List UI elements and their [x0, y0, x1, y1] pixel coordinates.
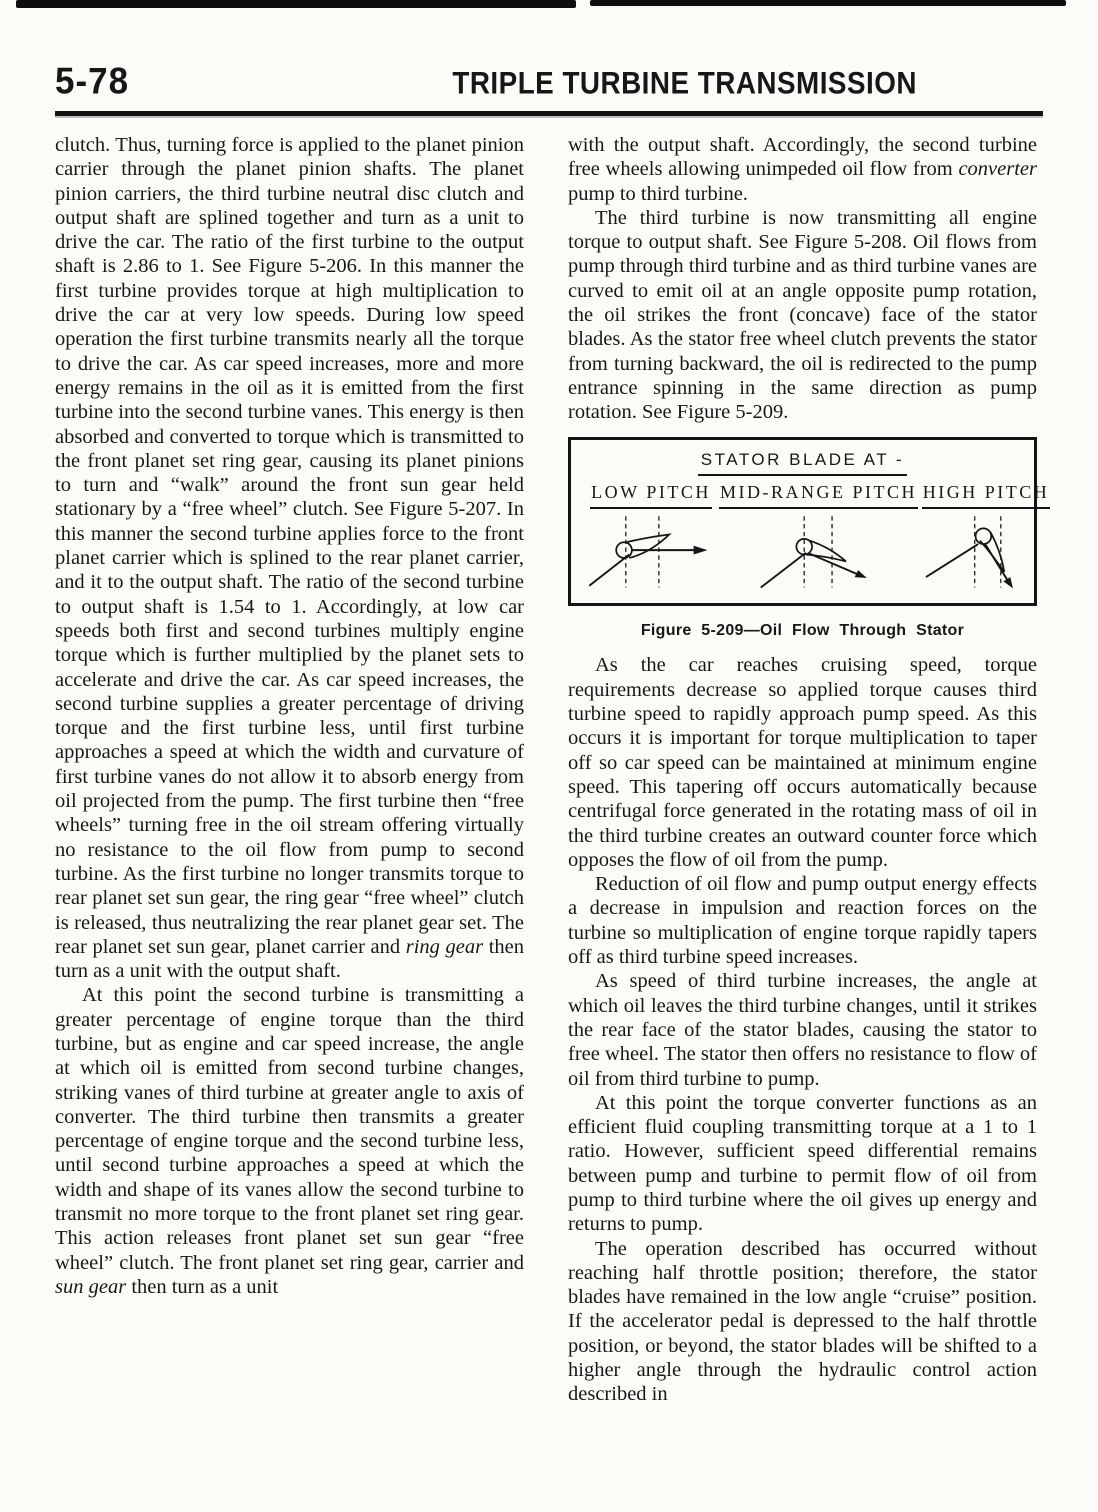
paragraph: The operation described has occurred wit… [568, 1237, 1037, 1407]
paragraph: clutch. Thus, turning force is applied t… [55, 133, 524, 983]
left-column: clutch. Thus, turning force is applied t… [55, 133, 524, 1407]
two-column-body: clutch. Thus, turning force is applied t… [0, 116, 1098, 1407]
paragraph: As the car reaches cruising speed, torqu… [568, 653, 1037, 872]
paragraph: As speed of third turbine increases, the… [568, 969, 1037, 1090]
figure-caption: Figure 5-209—Oil Flow Through Stator [568, 619, 1037, 643]
paragraph: with the output shaft. Accordingly, the … [568, 133, 1037, 206]
scan-artifact [16, 0, 576, 8]
high-pitch-blade-diagram [918, 511, 1054, 591]
figure-5-209: STATOR BLADE AT - LOW PITCH [568, 437, 1037, 644]
figure-box-title-row: STATOR BLADE AT - [577, 447, 1028, 476]
high-pitch-column: HIGH PITCH [918, 480, 1054, 591]
scan-artifact [590, 0, 1066, 6]
page-header: 5-78 TRIPLE TURBINE TRANSMISSION [0, 0, 1098, 102]
right-column-top-text: with the output shaft. Accordingly, the … [568, 133, 1037, 425]
page-number: 5-78 [55, 61, 129, 103]
low-pitch-label: LOW PITCH [590, 480, 712, 509]
figure-box-title: STATOR BLADE AT - [698, 448, 907, 476]
stator-blade-diagrams: LOW PITCH M [577, 480, 1028, 591]
manual-page: 5-78 TRIPLE TURBINE TRANSMISSION clutch.… [0, 0, 1098, 1512]
right-column: with the output shaft. Accordingly, the … [568, 133, 1037, 1407]
paragraph: At this point the torque converter funct… [568, 1091, 1037, 1237]
paragraph: Reduction of oil flow and pump output en… [568, 872, 1037, 969]
mid-range-pitch-column: MID-RANGE PITCH [719, 480, 918, 591]
right-column-bottom-text: As the car reaches cruising speed, torqu… [568, 653, 1037, 1406]
paragraph: The third turbine is now transmitting al… [568, 206, 1037, 425]
low-pitch-blade-diagram [583, 511, 719, 591]
page-title: TRIPLE TURBINE TRANSMISSION [452, 66, 917, 102]
high-pitch-label: HIGH PITCH [922, 480, 1051, 509]
paragraph: At this point the second turbine is tran… [55, 983, 524, 1299]
low-pitch-column: LOW PITCH [583, 480, 719, 591]
mid-range-pitch-label: MID-RANGE PITCH [719, 480, 918, 509]
mid-range-pitch-blade-diagram [751, 511, 887, 591]
figure-box: STATOR BLADE AT - LOW PITCH [568, 437, 1037, 607]
